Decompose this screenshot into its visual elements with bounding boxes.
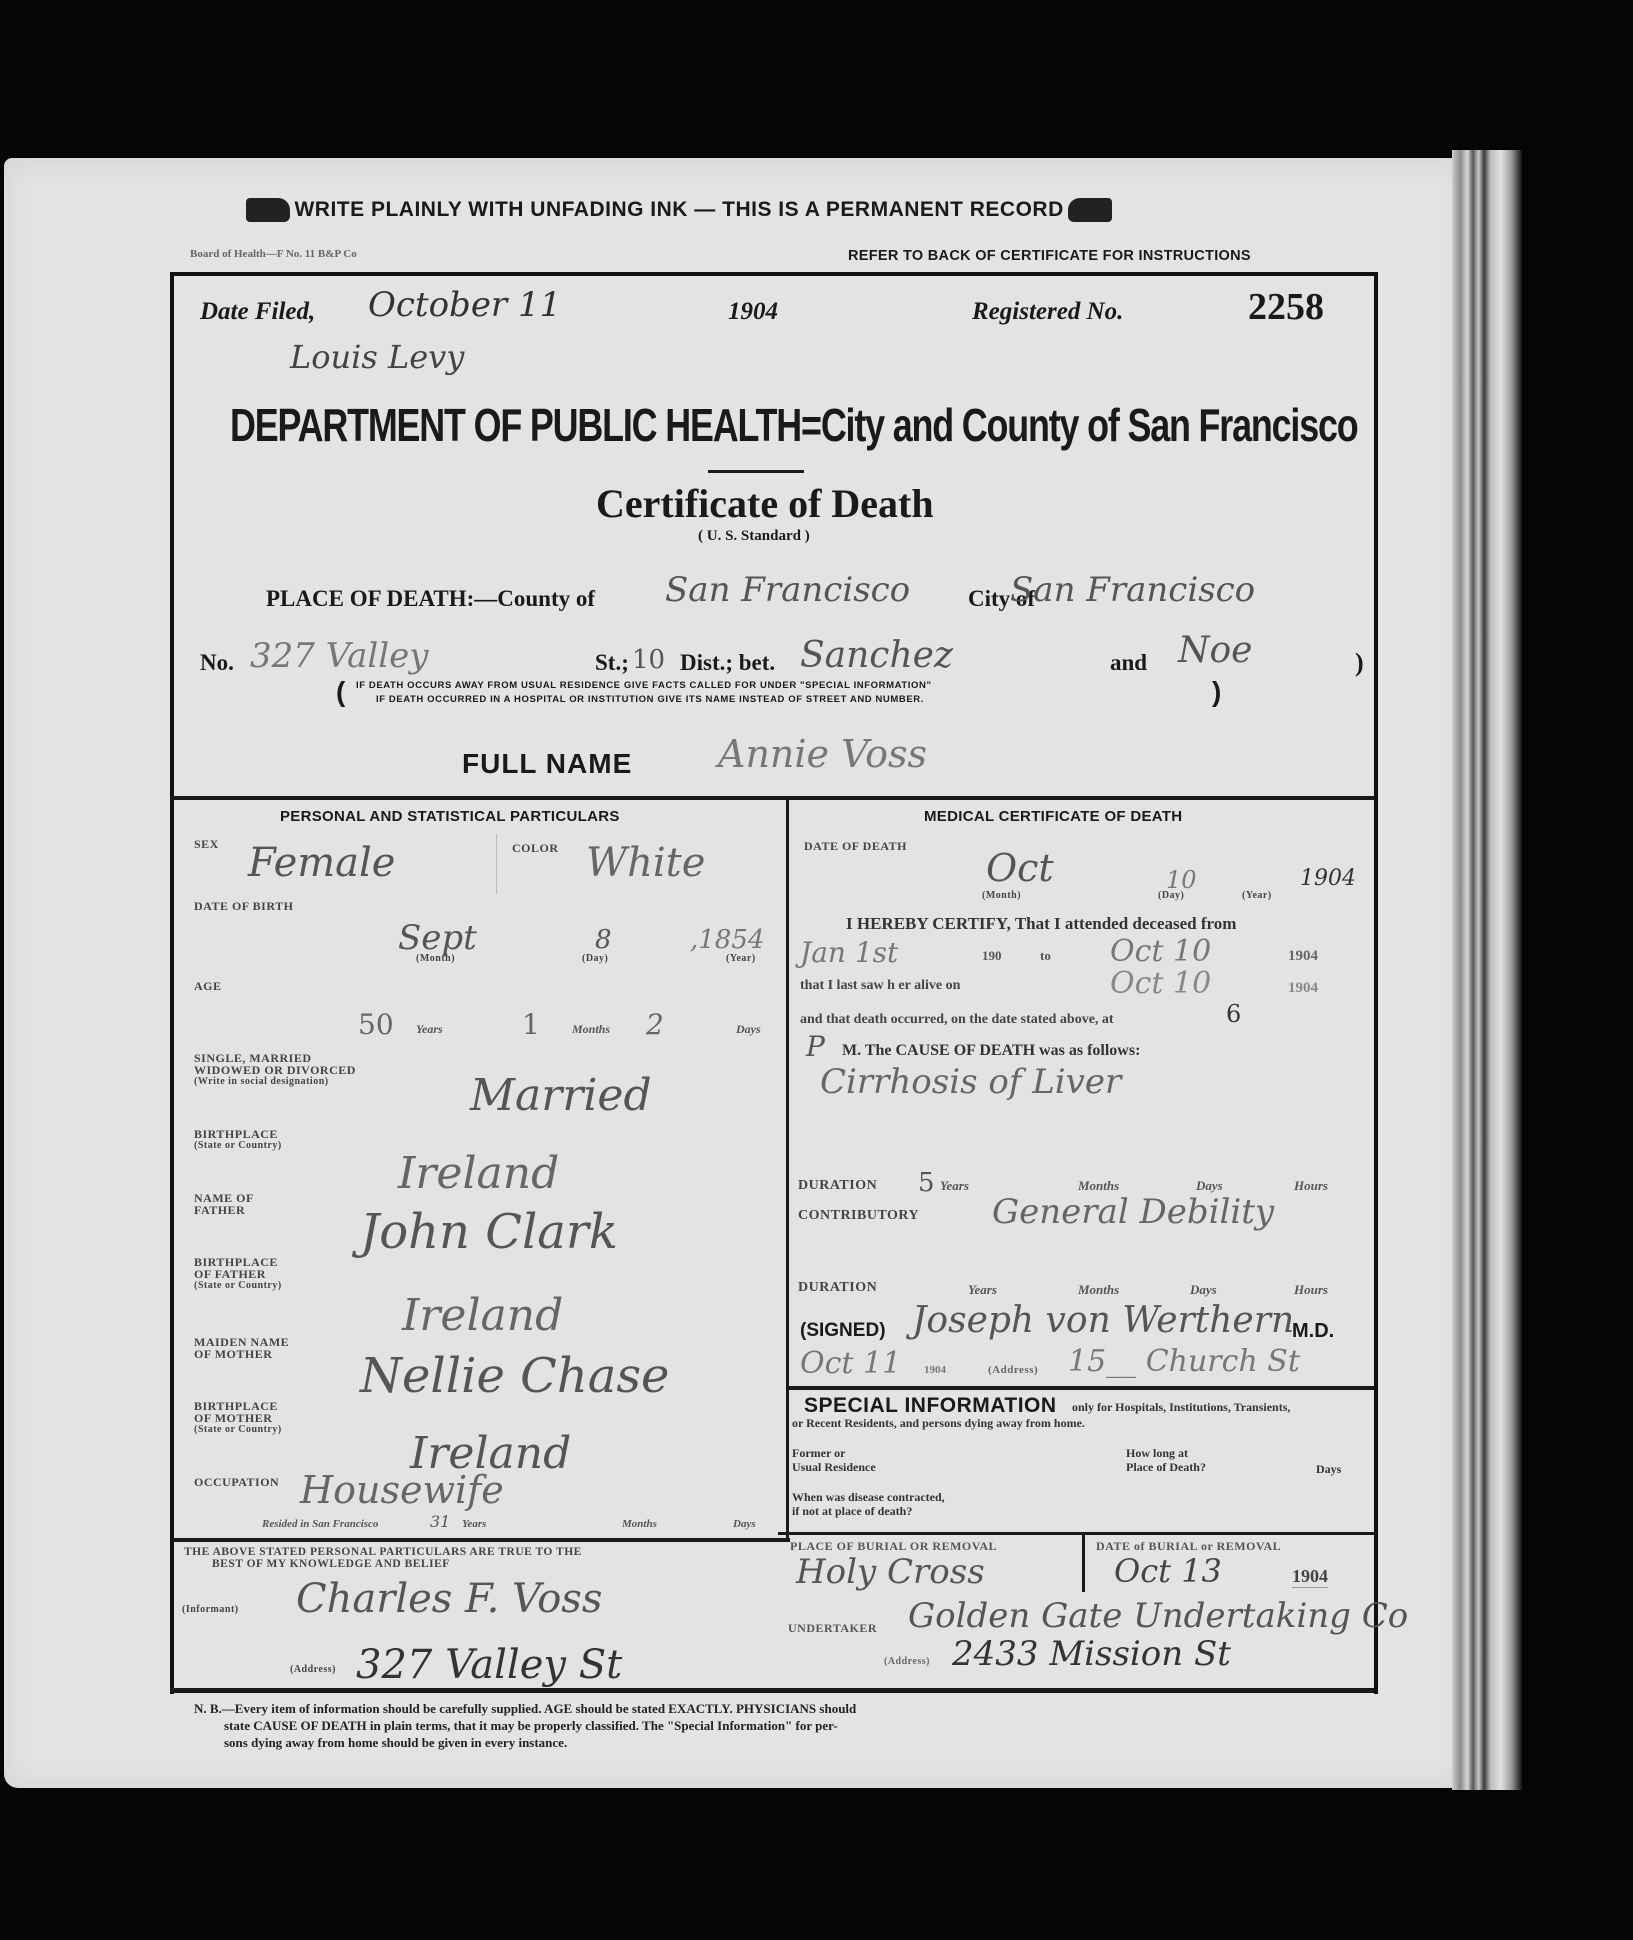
street-label: St.; bbox=[595, 650, 629, 676]
physician-address: 15__ Church St bbox=[1068, 1344, 1300, 1379]
contracted-label: When was disease contracted, if not at p… bbox=[792, 1490, 945, 1518]
last-saw-date: Oct 10 bbox=[1110, 966, 1211, 1001]
signed-text: SIGNED bbox=[806, 1320, 879, 1341]
dob-label: DATE OF BIRTH bbox=[194, 900, 293, 912]
resided-months-label: Months bbox=[622, 1518, 657, 1530]
footnote-line-1: N. B.—Every item of information should b… bbox=[194, 1700, 856, 1717]
how-long-label: How long at Place of Death? bbox=[1126, 1446, 1206, 1474]
burial-place-label: PLACE OF BURIAL OR REMOVAL bbox=[790, 1540, 997, 1552]
between-street-1: Sanchez bbox=[800, 635, 953, 676]
age-years: 50 bbox=[358, 1008, 394, 1041]
cause-label: M. The CAUSE OF DEATH was as follows: bbox=[842, 1042, 1140, 1060]
informant-address-label: (Address) bbox=[290, 1664, 336, 1676]
dod-month-label: (Month) bbox=[982, 890, 1021, 902]
marital-value: Married bbox=[470, 1070, 652, 1121]
undertaker-label: UNDERTAKER bbox=[788, 1622, 877, 1634]
footnote-line-2: state CAUSE OF DEATH in plain terms, tha… bbox=[194, 1717, 856, 1734]
birthplace-label-2: (State or Country) bbox=[194, 1140, 282, 1152]
annotation-handwritten: Louis Levy bbox=[290, 338, 464, 376]
special-heading-note-1: only for Hospitals, Institutions, Transi… bbox=[1072, 1400, 1290, 1415]
last-saw-label: that I last saw h er alive on bbox=[800, 978, 960, 994]
contributory-value: General Debility bbox=[992, 1192, 1274, 1232]
father-value: John Clark bbox=[360, 1204, 618, 1260]
street-number-label: No. bbox=[200, 650, 234, 676]
sex-color-divider bbox=[496, 834, 497, 894]
father-birthplace-label-3: (State or Country) bbox=[194, 1280, 282, 1292]
street-value: 327 Valley bbox=[250, 636, 428, 676]
mother-birthplace-label-2: OF MOTHER bbox=[194, 1412, 272, 1424]
place-of-death-label: PLACE OF DEATH:—County of bbox=[266, 586, 595, 612]
duration2-days-label: Days bbox=[1190, 1282, 1217, 1298]
filed-year: 1904 bbox=[728, 298, 778, 326]
book-binding-edge bbox=[1452, 150, 1522, 1790]
former-residence-label-1: Former or bbox=[792, 1446, 876, 1460]
dob-day: 8 bbox=[595, 925, 612, 955]
dod-year-label: (Year) bbox=[1242, 890, 1272, 902]
duration2-months-label: Months bbox=[1078, 1282, 1119, 1298]
undertaker-address-label: (Address) bbox=[884, 1656, 930, 1668]
physician-address-label: (Address) bbox=[988, 1364, 1038, 1376]
mother-birthplace-label-3: (State or Country) bbox=[194, 1424, 282, 1436]
note-line-2: IF DEATH OCCURRED IN A HOSPITAL OR INSTI… bbox=[376, 694, 924, 705]
note-line-1: IF DEATH OCCURS AWAY FROM USUAL RESIDENC… bbox=[356, 680, 932, 691]
district-value: 10 bbox=[632, 645, 665, 675]
personal-heading: PERSONAL AND STATISTICAL PARTICULARS bbox=[280, 808, 620, 825]
dod-day-label: (Day) bbox=[1158, 890, 1184, 902]
title-rule bbox=[708, 470, 804, 473]
from-year: 190 bbox=[982, 948, 1002, 964]
duration-hours-label: Hours bbox=[1294, 1178, 1328, 1194]
former-residence-label: Former or Usual Residence bbox=[792, 1446, 876, 1474]
how-long-label-2: Place of Death? bbox=[1126, 1460, 1206, 1474]
father-birthplace-value: Ireland bbox=[402, 1290, 563, 1341]
form-number: Board of Health—F No. 11 B&P Co bbox=[190, 248, 357, 260]
occurred-label: and that death occurred, on the date sta… bbox=[800, 1012, 1114, 1028]
burial-year: 1904 bbox=[1292, 1566, 1328, 1588]
duration2-years-label: Years bbox=[968, 1282, 997, 1298]
color-value: White bbox=[586, 840, 705, 886]
death-meridiem: P bbox=[806, 1030, 825, 1063]
banner-text: WRITE PLAINLY WITH UNFADING INK — THIS I… bbox=[294, 198, 1063, 221]
full-name-label: FULL NAME bbox=[462, 748, 632, 780]
undertaker-address: 2433 Mission St bbox=[952, 1634, 1231, 1674]
age-months: 1 bbox=[522, 1008, 540, 1041]
how-long-label-1: How long at bbox=[1126, 1446, 1206, 1460]
signed-label: (SIGNED) bbox=[800, 1320, 886, 1342]
informant-name: Charles F. Voss bbox=[296, 1576, 602, 1622]
contributory-label: CONTRIBUTORY bbox=[798, 1210, 919, 1222]
signed-date: Oct 11 bbox=[800, 1346, 901, 1381]
physician-signature: Joseph von Werthern bbox=[912, 1300, 1294, 1341]
medical-heading: MEDICAL CERTIFICATE OF DEATH bbox=[924, 808, 1182, 825]
date-filed-label: Date Filed, bbox=[200, 298, 315, 326]
special-heading: SPECIAL INFORMATION bbox=[804, 1394, 1057, 1418]
certificate-title: Certificate of Death bbox=[596, 480, 934, 527]
cause-value: Cirrhosis of Liver bbox=[820, 1062, 1121, 1102]
registered-label: Registered No. bbox=[972, 298, 1123, 326]
last-saw-year: 1904 bbox=[1288, 980, 1318, 997]
special-heading-note-2: or Recent Residents, and persons dying a… bbox=[792, 1416, 1085, 1431]
father-birthplace-label-2: OF FATHER bbox=[194, 1268, 266, 1280]
age-days-label: Days bbox=[736, 1022, 761, 1037]
burial-place: Holy Cross bbox=[796, 1552, 985, 1592]
to-year: 1904 bbox=[1288, 948, 1318, 965]
mother-label-2: OF MOTHER bbox=[194, 1348, 272, 1360]
signed-year: 1904 bbox=[924, 1364, 946, 1376]
contracted-label-2: if not at place of death? bbox=[792, 1504, 945, 1518]
resided-label: Resided in San Francisco bbox=[262, 1518, 378, 1530]
mother-value: Nellie Chase bbox=[360, 1348, 669, 1404]
marital-label-3: (Write in social designation) bbox=[194, 1076, 329, 1088]
district-label: Dist.; bet. bbox=[680, 650, 775, 676]
birthplace-value: Ireland bbox=[398, 1148, 559, 1199]
birthplace-label-1: BIRTHPLACE bbox=[194, 1128, 278, 1140]
standard-note: ( U. S. Standard ) bbox=[698, 528, 810, 545]
duration-years: 5 bbox=[918, 1168, 935, 1198]
informant-label: (Informant) bbox=[182, 1604, 239, 1616]
informant-statement-2: BEST OF MY KNOWLEDGE AND BELIEF bbox=[212, 1558, 450, 1570]
pointing-hand-icon bbox=[1068, 198, 1112, 222]
dob-year-label: (Year) bbox=[726, 953, 756, 965]
dob-year: ,1854 bbox=[690, 925, 764, 955]
dod-month: Oct bbox=[986, 846, 1054, 890]
resided-days-label: Days bbox=[733, 1518, 756, 1530]
instructions-note: REFER TO BACK OF CERTIFICATE FOR INSTRUC… bbox=[848, 248, 1251, 264]
to-label: to bbox=[1040, 948, 1051, 964]
informant-address: 327 Valley St bbox=[356, 1642, 622, 1688]
age-label: AGE bbox=[194, 980, 222, 992]
burial-date: Oct 13 bbox=[1114, 1552, 1222, 1590]
informant-statement-1: THE ABOVE STATED PERSONAL PARTICULARS AR… bbox=[184, 1546, 582, 1558]
occupation-value: Housewife bbox=[300, 1468, 504, 1512]
registered-number: 2258 bbox=[1248, 285, 1324, 329]
father-label-2: FATHER bbox=[194, 1204, 245, 1216]
dod-label: DATE OF DEATH bbox=[804, 840, 907, 852]
burial-divider bbox=[778, 1532, 1374, 1535]
paren-close: ) bbox=[1355, 648, 1364, 678]
md-label: M.D. bbox=[1292, 1320, 1334, 1343]
dob-month-label: (Month) bbox=[416, 953, 455, 965]
footnote-line-3: sons dying away from home should be give… bbox=[194, 1734, 856, 1751]
city-value: San Francisco bbox=[1010, 570, 1255, 610]
pointing-hand-icon bbox=[246, 198, 290, 222]
burial-column-divider bbox=[1082, 1534, 1085, 1592]
between-street-2: Noe bbox=[1178, 630, 1252, 671]
sex-label: SEX bbox=[194, 838, 219, 850]
footnote: N. B.—Every item of information should b… bbox=[194, 1700, 856, 1751]
how-long-days-label: Days bbox=[1316, 1462, 1341, 1477]
paren-close-note: ) bbox=[1212, 676, 1221, 708]
age-days: 2 bbox=[646, 1008, 664, 1041]
special-divider bbox=[786, 1386, 1374, 1390]
full-name-value: Annie Voss bbox=[718, 732, 927, 776]
bottom-rule bbox=[170, 1688, 1374, 1693]
former-residence-label-2: Usual Residence bbox=[792, 1460, 876, 1474]
column-divider bbox=[786, 800, 789, 1540]
dob-month: Sept bbox=[398, 918, 477, 958]
paren-open: ( bbox=[336, 676, 345, 708]
county-value: San Francisco bbox=[665, 570, 910, 610]
death-hour: 6 bbox=[1226, 1000, 1241, 1028]
date-filed-value: October 11 bbox=[368, 285, 561, 325]
color-label: COLOR bbox=[512, 842, 559, 854]
attended-to: Oct 10 bbox=[1110, 934, 1211, 969]
certify-text: I HEREBY CERTIFY, That I attended deceas… bbox=[846, 914, 1236, 934]
age-months-label: Months bbox=[572, 1022, 610, 1037]
marital-label-2: WIDOWED OR DIVORCED bbox=[194, 1064, 356, 1076]
duration2-hours-label: Hours bbox=[1294, 1282, 1328, 1298]
burial-date-label: DATE of BURIAL or REMOVAL bbox=[1096, 1540, 1281, 1552]
and-label: and bbox=[1110, 650, 1147, 676]
age-years-label: Years bbox=[416, 1022, 443, 1037]
banner: WRITE PLAINLY WITH UNFADING INK — THIS I… bbox=[246, 198, 1346, 222]
attended-from: Jan 1st bbox=[800, 936, 898, 969]
resided-years: 31 bbox=[430, 1512, 450, 1531]
section-divider bbox=[170, 796, 1374, 800]
occupation-label: OCCUPATION bbox=[194, 1476, 279, 1488]
duration-years-label: Years bbox=[940, 1178, 969, 1194]
sex-value: Female bbox=[248, 840, 395, 886]
duration-label: DURATION bbox=[798, 1180, 877, 1192]
dob-day-label: (Day) bbox=[582, 953, 608, 965]
informant-divider bbox=[172, 1538, 790, 1542]
undertaker-name: Golden Gate Undertaking Co bbox=[908, 1596, 1408, 1636]
department-title: DEPARTMENT OF PUBLIC HEALTH=City and Cou… bbox=[230, 398, 1358, 452]
contracted-label-1: When was disease contracted, bbox=[792, 1490, 945, 1504]
dod-year: 1904 bbox=[1300, 866, 1356, 891]
duration2-label: DURATION bbox=[798, 1282, 877, 1294]
resided-years-label: Years bbox=[462, 1518, 486, 1530]
